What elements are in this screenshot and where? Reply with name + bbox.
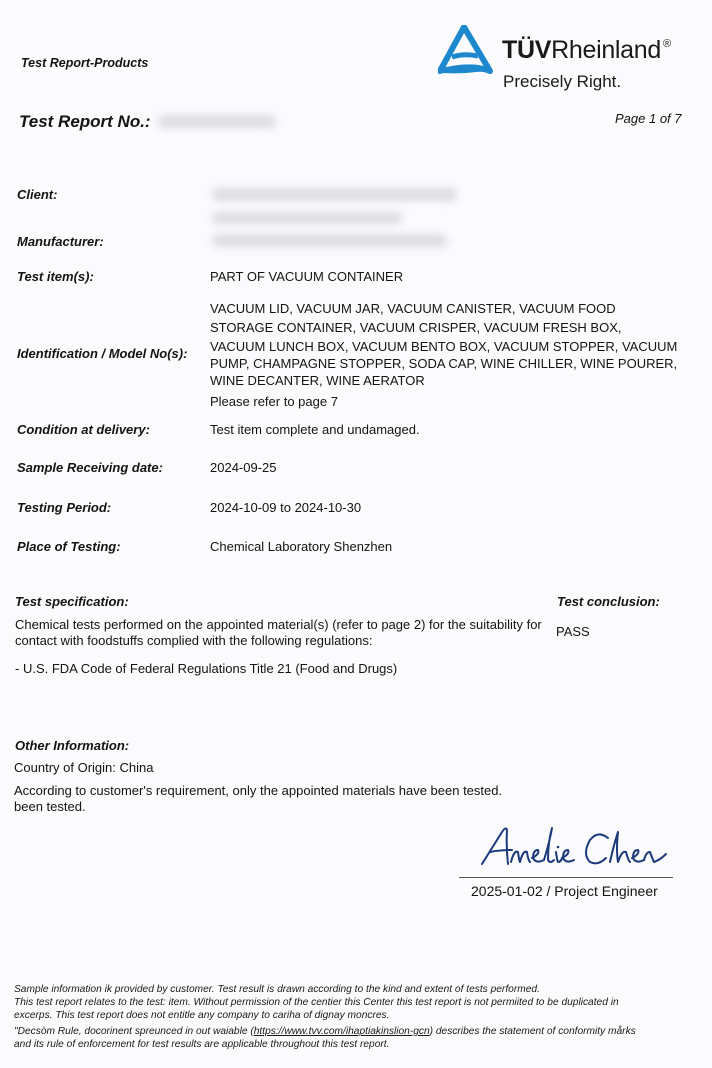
model-line: VACUUM LID, VACUUM JAR, VACUUM CANISTER,… (210, 299, 705, 318)
footer-line: Sample information ik provided by custom… (14, 983, 704, 996)
other-information-title: Other Information: (15, 738, 129, 753)
test-conclusion-title: Test conclusion: (557, 594, 660, 609)
condition-label: Condition at delivery: (17, 422, 150, 437)
model-line: STORAGE CONTAINER, VACUUM CRISPER, VACUU… (210, 318, 705, 337)
sample-receiving-value: 2024-09-25 (210, 460, 277, 475)
model-list: VACUUM LID, VACUUM JAR, VACUUM CANISTER,… (210, 299, 705, 411)
footer-line: This test report relates to the test: it… (14, 996, 704, 1009)
model-line: VACUUM LUNCH BOX, VACUUM BENTO BOX, VACU… (210, 337, 705, 356)
regulation-item: - U.S. FDA Code of Federal Regulations T… (15, 661, 397, 676)
note-line: According to customer's requirement, onl… (14, 783, 574, 799)
brand-name-regular: Rheinland (551, 36, 661, 64)
footer-disclaimer: Sample information ik provided by custom… (14, 983, 704, 1051)
manufacturer-value-redacted (212, 234, 447, 247)
condition-value: Test item complete and undamaged. (210, 422, 420, 437)
client-value-redacted (212, 188, 457, 201)
note-line: been tested. (14, 799, 574, 815)
identification-label: Identification / Model No(s): (17, 346, 187, 361)
brand-name-bold: TÜV (502, 36, 551, 64)
report-number-redacted (158, 115, 276, 128)
footer-text: ) describes the statement of conformity … (430, 1026, 636, 1037)
customer-requirement-note: According to customer's requirement, onl… (14, 783, 574, 814)
footer-decision-rule: "Decsòm Rule, docorinent spreunced in ou… (14, 1025, 704, 1038)
client-address-redacted (212, 212, 402, 224)
footer-text: "Decsòm Rule, docorinent spreunced in ou… (14, 1026, 254, 1037)
client-label: Client: (17, 187, 57, 202)
brand-tagline: Precisely Right. (503, 72, 621, 92)
testing-period-value: 2024-10-09 to 2024-10-30 (210, 500, 361, 515)
footer-line: and its rule of enforcement for test res… (14, 1038, 704, 1051)
model-line: WINE DECANTER, WINE AERATOR (210, 372, 705, 389)
signature-date-role: 2025-01-02 / Project Engineer (471, 883, 658, 899)
decision-rule-link[interactable]: https://www.tvv.com/ihaptiakinslion-gcn (254, 1026, 430, 1037)
tuv-triangle-icon (438, 25, 494, 75)
test-conclusion-value: PASS (556, 624, 590, 639)
testing-period-label: Testing Period: (17, 500, 111, 515)
test-specification-title: Test specification: (15, 594, 129, 609)
registered-mark: ® (663, 38, 671, 50)
sample-receiving-label: Sample Receiving date: (17, 460, 163, 475)
brand-name: TÜVRheinland® (502, 36, 671, 65)
signature-line (459, 877, 673, 878)
page-indicator: Page 1 of 7 (615, 111, 682, 126)
test-specification-text: Chemical tests performed on the appointe… (15, 617, 555, 648)
country-of-origin: Country of Origin: China (14, 760, 153, 775)
signature (478, 820, 678, 875)
report-number-label: Test Report No.: (19, 112, 151, 132)
place-of-testing-label: Place of Testing: (17, 539, 121, 554)
place-of-testing-value: Chemical Laboratory Shenzhen (210, 539, 392, 554)
manufacturer-label: Manufacturer: (17, 234, 104, 249)
test-items-value: PART OF VACUUM CONTAINER (210, 269, 403, 284)
footer-line: excerps. This test report does not entit… (14, 1009, 704, 1022)
test-items-label: Test item(s): (17, 269, 94, 284)
model-note: Please refer to page 7 (210, 393, 705, 411)
model-line: PUMP, CHAMPAGNE STOPPER, SODA CAP, WINE … (210, 356, 705, 372)
document-type: Test Report-Products (21, 56, 148, 70)
